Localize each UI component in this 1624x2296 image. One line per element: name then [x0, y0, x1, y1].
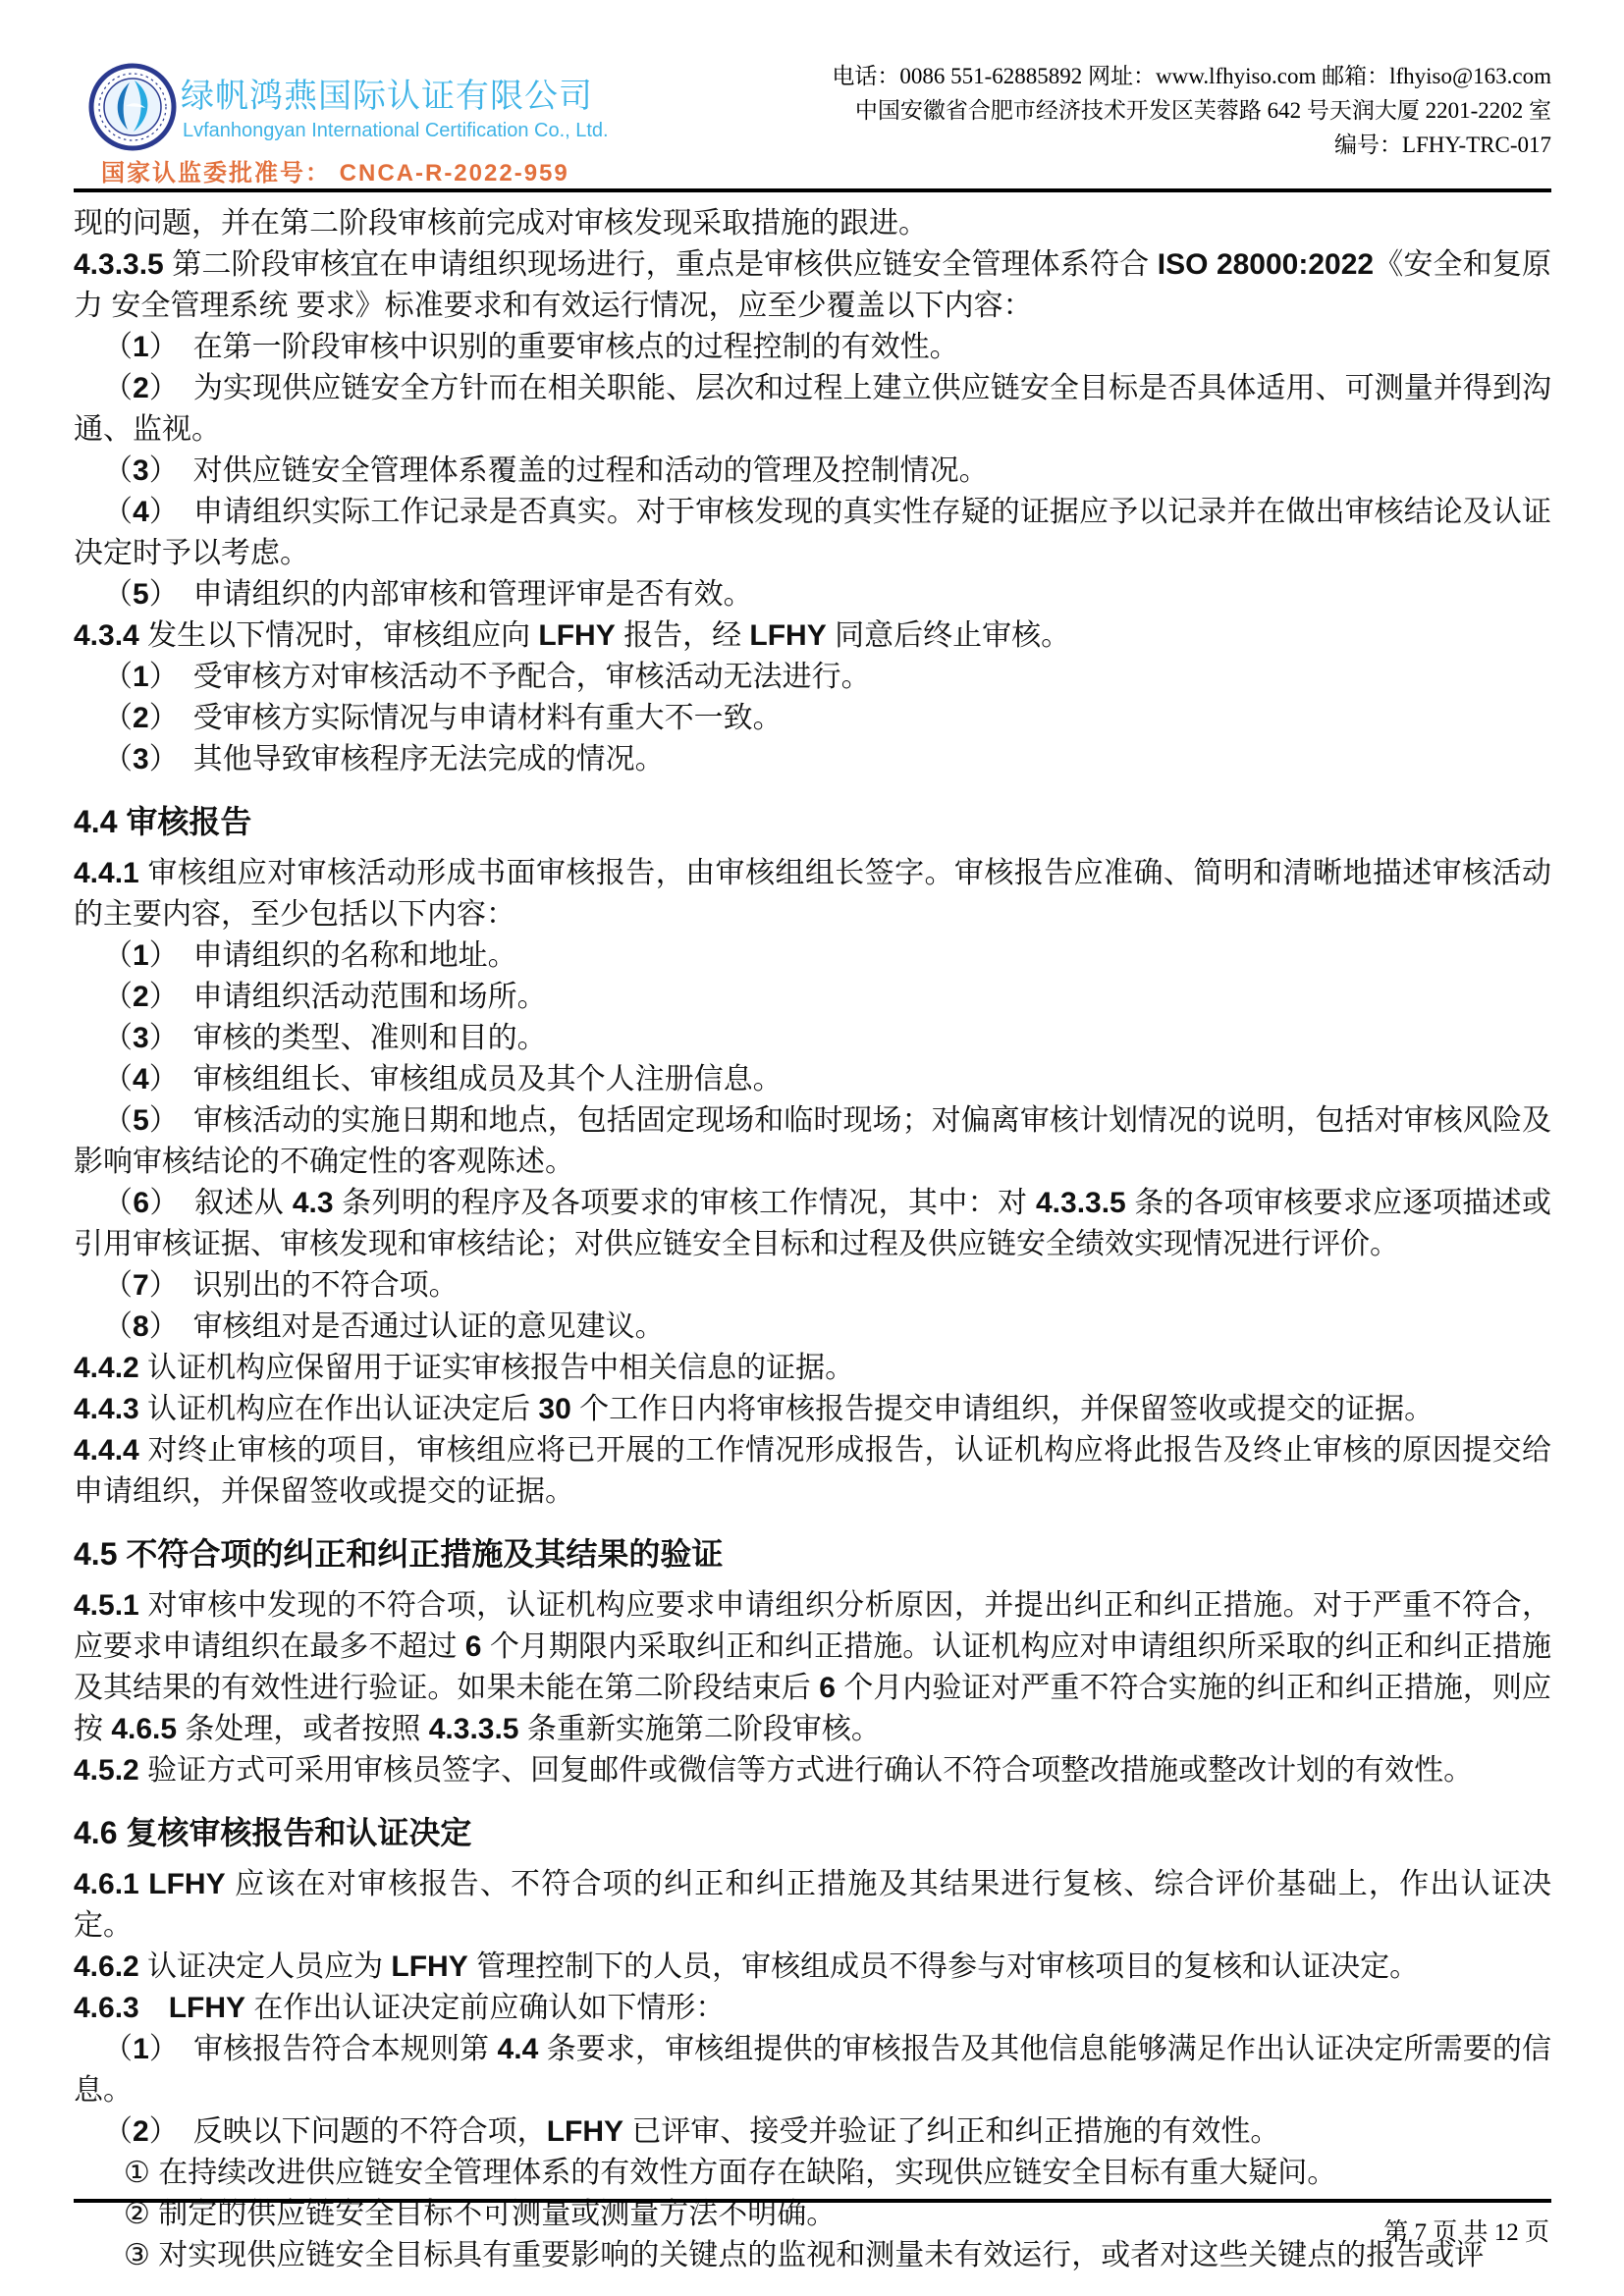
paragraph: （2） 受审核方实际情况与申请材料有重大不一致。	[74, 698, 1551, 739]
header-divider-rule	[74, 188, 1551, 192]
paragraph: （1） 申请组织的名称和地址。	[74, 935, 1551, 977]
paragraph: （7） 识别出的不符合项。	[74, 1265, 1551, 1307]
paragraph: 4.3.4 发生以下情况时，审核组应向 LFHY 报告，经 LFHY 同意后终止…	[74, 615, 1551, 657]
paragraph: （1） 审核报告符合本规则第 4.4 条要求，审核组提供的审核报告及其他信息能够…	[74, 2029, 1551, 2111]
paragraph: 4.4.2 认证机构应保留用于证实审核报告中相关信息的证据。	[74, 1348, 1551, 1389]
section-heading: 4.5 不符合项的纠正和纠正措施及其结果的验证	[74, 1532, 1551, 1575]
paragraph: ① 在持续改进供应链安全管理体系的有效性方面存在缺陷，实现供应链安全目标有重大疑…	[74, 2153, 1551, 2194]
header-contact-block: 电话：0086 551-62885892 网址：www.lfhyiso.com …	[832, 59, 1551, 162]
paragraph: 现的问题，并在第二阶段审核前完成对审核发现采取措施的跟进。	[74, 203, 1551, 244]
document-page: 绿帆鸿燕国际认证有限公司 Lvfanhongyan International …	[0, 0, 1624, 2296]
company-name-cn: 绿帆鸿燕国际认证有限公司	[181, 69, 593, 117]
contact-address: 中国安徽省合肥市经济技术开发区芙蓉路 642 号天润大厦 2201-2202 室	[832, 93, 1551, 128]
company-name-en: Lvfanhongyan International Certification…	[183, 120, 609, 142]
paragraph: （2） 反映以下问题的不符合项，LFHY 已评审、接受并验证了纠正和纠正措施的有…	[74, 2111, 1551, 2153]
paragraph: ③ 对实现供应链安全目标具有重要影响的关键点的监视和测量未有效运行，或者对这些关…	[74, 2235, 1551, 2276]
paragraph: 4.6.3 LFHY 在作出认证决定前应确认如下情形：	[74, 1988, 1551, 2029]
paragraph: 4.4.4 对终止审核的项目，审核组应将已开展的工作情况形成报告，认证机构应将此…	[74, 1430, 1551, 1513]
paragraph: （1） 在第一阶段审核中识别的重要审核点的过程控制的有效性。	[74, 327, 1551, 368]
contact-phone-web-email: 电话：0086 551-62885892 网址：www.lfhyiso.com …	[832, 59, 1551, 93]
paragraph: （8） 审核组对是否通过认证的意见建议。	[74, 1307, 1551, 1348]
paragraph: （2） 为实现供应链安全方针而在相关职能、层次和过程上建立供应链安全目标是否具体…	[74, 368, 1551, 451]
paragraph: （4） 申请组织实际工作记录是否真实。对于审核发现的真实性存疑的证据应予以记录并…	[74, 492, 1551, 574]
paragraph: 4.6.2 认证决定人员应为 LFHY 管理控制下的人员，审核组成员不得参与对审…	[74, 1947, 1551, 1988]
paragraph: 4.4.3 认证机构应在作出认证决定后 30 个工作日内将审核报告提交申请组织，…	[74, 1389, 1551, 1430]
paragraph: （5） 申请组织的内部审核和管理评审是否有效。	[74, 574, 1551, 615]
footer-divider-rule	[74, 2199, 1551, 2203]
section-heading: 4.6 复核审核报告和认证决定	[74, 1811, 1551, 1854]
paragraph: 4.6.1 LFHY 应该在对审核报告、不符合项的纠正和纠正措施及其结果进行复核…	[74, 1864, 1551, 1947]
paragraph: （3） 对供应链安全管理体系覆盖的过程和活动的管理及控制情况。	[74, 451, 1551, 492]
paragraph: 4.4.1 审核组应对审核活动形成书面审核报告，由审核组组长签字。审核报告应准确…	[74, 853, 1551, 935]
paragraph: （3） 审核的类型、准则和目的。	[74, 1018, 1551, 1059]
paragraph: （1） 受审核方对审核活动不予配合，审核活动无法进行。	[74, 657, 1551, 698]
paragraph: （4） 审核组组长、审核组成员及其个人注册信息。	[74, 1059, 1551, 1100]
company-logo-icon	[88, 63, 177, 151]
page-number: 第 7 页 共 12 页	[1383, 2213, 1549, 2248]
document-number: 编号：LFHY-TRC-017	[832, 128, 1551, 162]
section-heading: 4.4 审核报告	[74, 800, 1551, 843]
paragraph: 4.5.1 对审核中发现的不符合项，认证机构应要求申请组织分析原因，并提出纠正和…	[74, 1585, 1551, 1750]
paragraph: （6） 叙述从 4.3 条列明的程序及各项要求的审核工作情况，其中：对 4.3.…	[74, 1183, 1551, 1265]
paragraph: （5） 审核活动的实施日期和地点，包括固定现场和临时现场；对偏离审核计划情况的说…	[74, 1100, 1551, 1183]
paragraph: （2） 申请组织活动范围和场所。	[74, 977, 1551, 1018]
paragraph: 4.5.2 验证方式可采用审核员签字、回复邮件或微信等方式进行确认不符合项整改措…	[74, 1750, 1551, 1791]
document-body: 现的问题，并在第二阶段审核前完成对审核发现采取措施的跟进。4.3.3.5 第二阶…	[74, 203, 1551, 2276]
paragraph: 4.3.3.5 第二阶段审核宜在申请组织现场进行，重点是审核供应链安全管理体系符…	[74, 244, 1551, 327]
document-header: 绿帆鸿燕国际认证有限公司 Lvfanhongyan International …	[0, 0, 1624, 201]
approval-number: 国家认监委批准号： CNCA-R-2022-959	[101, 153, 569, 187]
paragraph: （3） 其他导致审核程序无法完成的情况。	[74, 739, 1551, 780]
